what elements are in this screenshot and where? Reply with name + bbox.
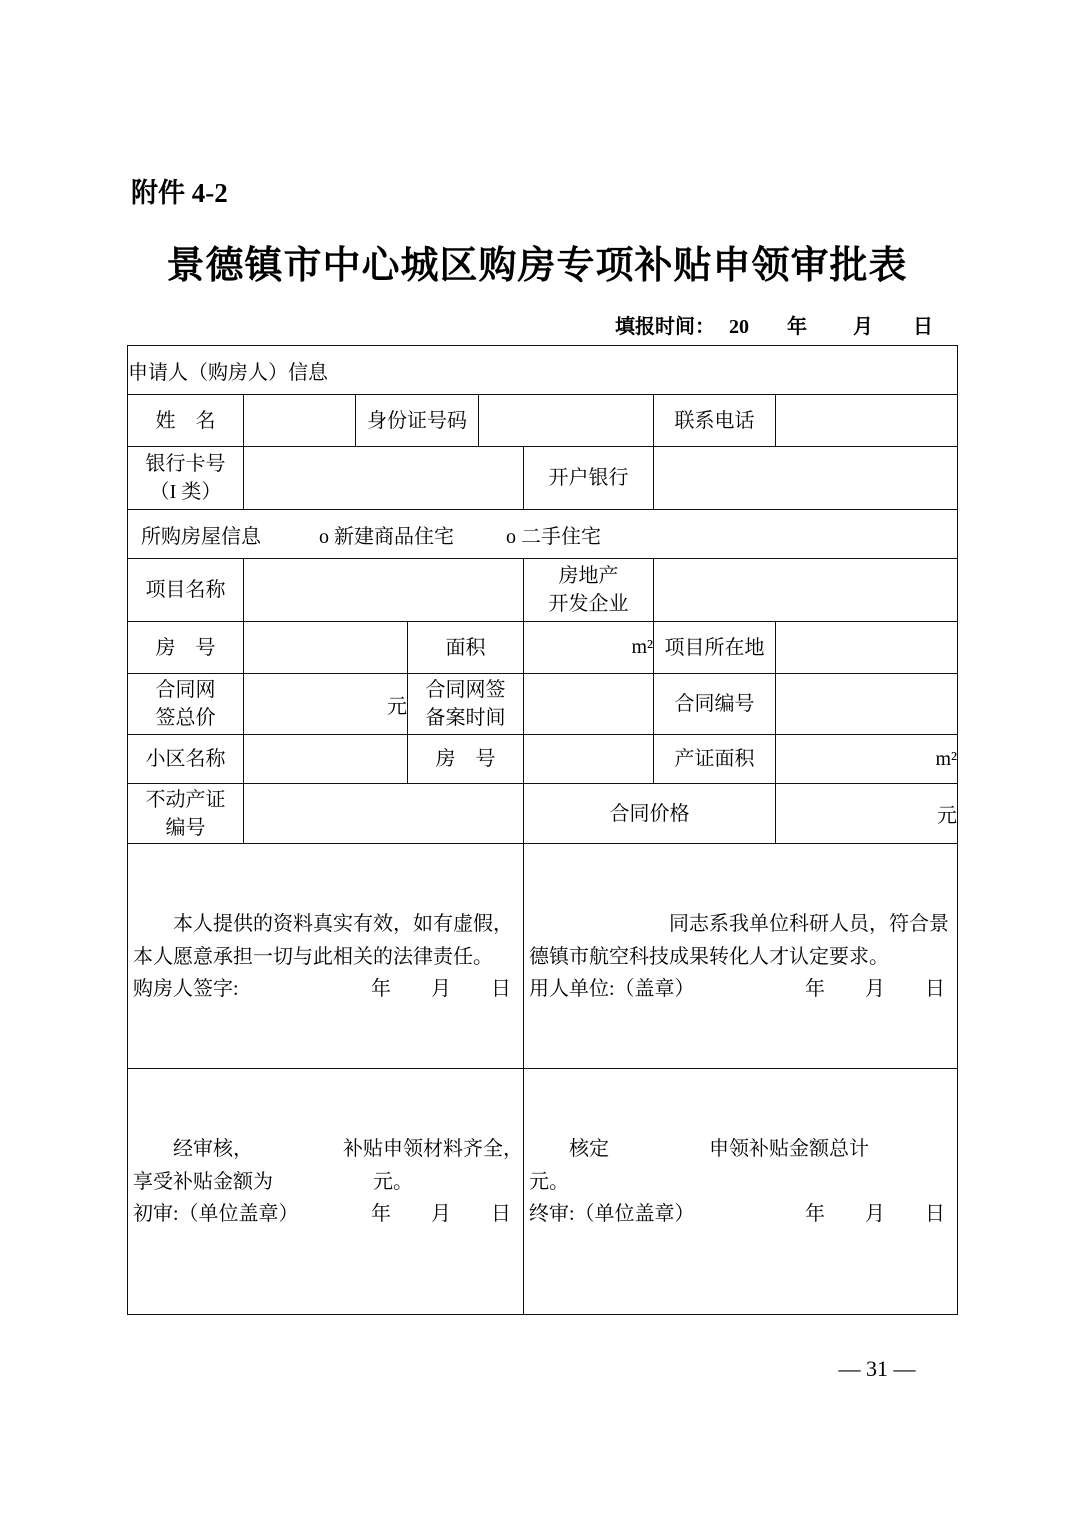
cert-number-input-cell (244, 784, 524, 844)
buyer-declaration-text: 本人提供的资料真实有效，如有虚假，本人愿意承担一切与此相关的法律责任。 (128, 908, 523, 974)
house-section-label: 所购房屋信息 (141, 520, 261, 549)
fill-date-year-label: 年 (787, 314, 807, 340)
year-label: 年 (371, 974, 391, 1004)
contract-price-unit-cell: 元 (244, 674, 408, 735)
developer-input-cell (654, 559, 958, 622)
name-input-cell (244, 395, 356, 447)
developer-label: 房地产 开发企业 (524, 559, 654, 622)
project-location-label: 项目所在地 (654, 622, 776, 674)
table-row: 银行卡号 （I 类） 开户银行 (128, 447, 958, 510)
final-audit-text-line1: 核定 申领补贴金额总计 (524, 1133, 957, 1166)
final-audit-signature-label: 终审:（单位盖章） (529, 1199, 695, 1229)
table-row: 本人提供的资料真实有效，如有虚假，本人愿意承担一切与此相关的法律责任。 购房人签… (128, 844, 958, 1069)
first-audit-text-line2: 享受补贴金额为 元。 (128, 1166, 523, 1199)
cert-area-label: 产证面积 (654, 735, 776, 784)
contract-price-label2: 合同价格 (524, 784, 776, 844)
fill-date-day-label: 日 (913, 314, 933, 340)
phone-label: 联系电话 (654, 395, 776, 447)
year-label: 年 (805, 1199, 825, 1229)
month-label: 月 (431, 1199, 451, 1229)
applicant-section-header: 申请人（购房人）信息 (128, 346, 958, 395)
day-label: 日 (491, 974, 511, 1004)
year-label: 年 (371, 1199, 391, 1229)
first-audit-text-line1: 经审核， 补贴申领材料齐全， (128, 1133, 523, 1166)
project-location-input-cell (776, 622, 958, 674)
day-label: 日 (491, 1199, 511, 1229)
contract-price-label: 合同网 签总价 (128, 674, 244, 735)
employer-signature-label: 用人单位:（盖章） (529, 974, 695, 1004)
table-row: 合同网 签总价 元 合同网签 备案时间 合同编号 (128, 674, 958, 735)
phone-input-cell (776, 395, 958, 447)
month-label: 月 (865, 974, 885, 1004)
table-row: 经审核， 补贴申领材料齐全， 享受补贴金额为 元。 初审:（单位盖章） 年 月 … (128, 1069, 958, 1315)
fill-date-month-label: 月 (853, 314, 873, 340)
option-secondhand-house: o 二手住宅 (506, 520, 601, 549)
first-audit-signature-line: 初审:（单位盖章） 年 月 日 (128, 1199, 523, 1229)
table-row: 姓 名 身份证号码 联系电话 (128, 395, 958, 447)
project-name-label: 项目名称 (128, 559, 244, 622)
document-page: 附件 4-2 景德镇市中心城区购房专项补贴申领审批表 填报时间： 20 年 月 … (0, 0, 1074, 1520)
subsidy-application-form-table: 申请人（购房人）信息 姓 名 身份证号码 联系电话 银行卡号 （I 类） 开户银… (127, 345, 958, 1315)
first-audit-cell: 经审核， 补贴申领材料齐全， 享受补贴金额为 元。 初审:（单位盖章） 年 月 … (128, 1069, 524, 1315)
fill-date-year-prefix: 20 (729, 314, 749, 340)
community-name-label: 小区名称 (128, 735, 244, 784)
community-room-label: 房 号 (408, 735, 524, 784)
community-name-input-cell (244, 735, 408, 784)
employer-signature-line: 用人单位:（盖章） 年 月 日 (524, 974, 957, 1004)
fill-date-line: 填报时间： 20 年 月 日 (127, 314, 957, 340)
record-time-input-cell (524, 674, 654, 735)
day-label: 日 (925, 974, 945, 1004)
final-audit-text-line2: 元。 (524, 1166, 957, 1199)
employer-declaration-text: 同志系我单位科研人员，符合景德镇市航空科技成果转化人才认定要求。 (524, 908, 957, 974)
contract-number-label: 合同编号 (654, 674, 776, 735)
name-label: 姓 名 (128, 395, 244, 447)
day-label: 日 (925, 1199, 945, 1229)
contract-price-unit-cell2: 元 (776, 784, 958, 844)
option-new-commodity-house: o 新建商品住宅 (319, 520, 454, 549)
table-row: 房 号 面积 m² 项目所在地 (128, 622, 958, 674)
month-label: 月 (431, 974, 451, 1004)
bank-input-cell (654, 447, 958, 510)
fill-date-label: 填报时间： (615, 314, 715, 340)
table-row: 申请人（购房人）信息 (128, 346, 958, 395)
attachment-label: 附件 4-2 (131, 176, 1074, 210)
year-label: 年 (805, 974, 825, 1004)
month-label: 月 (865, 1199, 885, 1229)
cert-number-label: 不动产证 编号 (128, 784, 244, 844)
buyer-declaration-cell: 本人提供的资料真实有效，如有虚假，本人愿意承担一切与此相关的法律责任。 购房人签… (128, 844, 524, 1069)
area-unit-cell: m² (524, 622, 654, 674)
first-audit-signature-label: 初审:（单位盖章） (133, 1199, 299, 1229)
contract-number-input-cell (776, 674, 958, 735)
area-label: 面积 (408, 622, 524, 674)
buyer-signature-line: 购房人签字: 年 月 日 (128, 974, 523, 1004)
room-number-input-cell (244, 622, 408, 674)
bank-card-label: 银行卡号 （I 类） (128, 447, 244, 510)
final-audit-cell: 核定 申领补贴金额总计 元。 终审:（单位盖章） 年 月 日 (524, 1069, 958, 1315)
bank-label: 开户银行 (524, 447, 654, 510)
table-row: 不动产证 编号 合同价格 元 (128, 784, 958, 844)
house-section-cell: 所购房屋信息 o 新建商品住宅 o 二手住宅 (128, 510, 958, 559)
bank-card-input-cell (244, 447, 524, 510)
id-number-label: 身份证号码 (356, 395, 479, 447)
table-row: 小区名称 房 号 产证面积 m² (128, 735, 958, 784)
id-number-input-cell (479, 395, 654, 447)
record-time-label: 合同网签 备案时间 (408, 674, 524, 735)
final-audit-signature-line: 终审:（单位盖章） 年 月 日 (524, 1199, 957, 1229)
cert-area-unit-cell: m² (776, 735, 958, 784)
buyer-signature-label: 购房人签字: (133, 974, 239, 1004)
page-title: 景德镇市中心城区购房专项补贴申领审批表 (0, 242, 1074, 290)
room-number-label: 房 号 (128, 622, 244, 674)
employer-declaration-cell: 同志系我单位科研人员，符合景德镇市航空科技成果转化人才认定要求。 用人单位:（盖… (524, 844, 958, 1069)
table-row: 项目名称 房地产 开发企业 (128, 559, 958, 622)
page-number: — 31 — (0, 1352, 1074, 1386)
project-name-input-cell (244, 559, 524, 622)
community-room-input-cell (524, 735, 654, 784)
table-row: 所购房屋信息 o 新建商品住宅 o 二手住宅 (128, 510, 958, 559)
